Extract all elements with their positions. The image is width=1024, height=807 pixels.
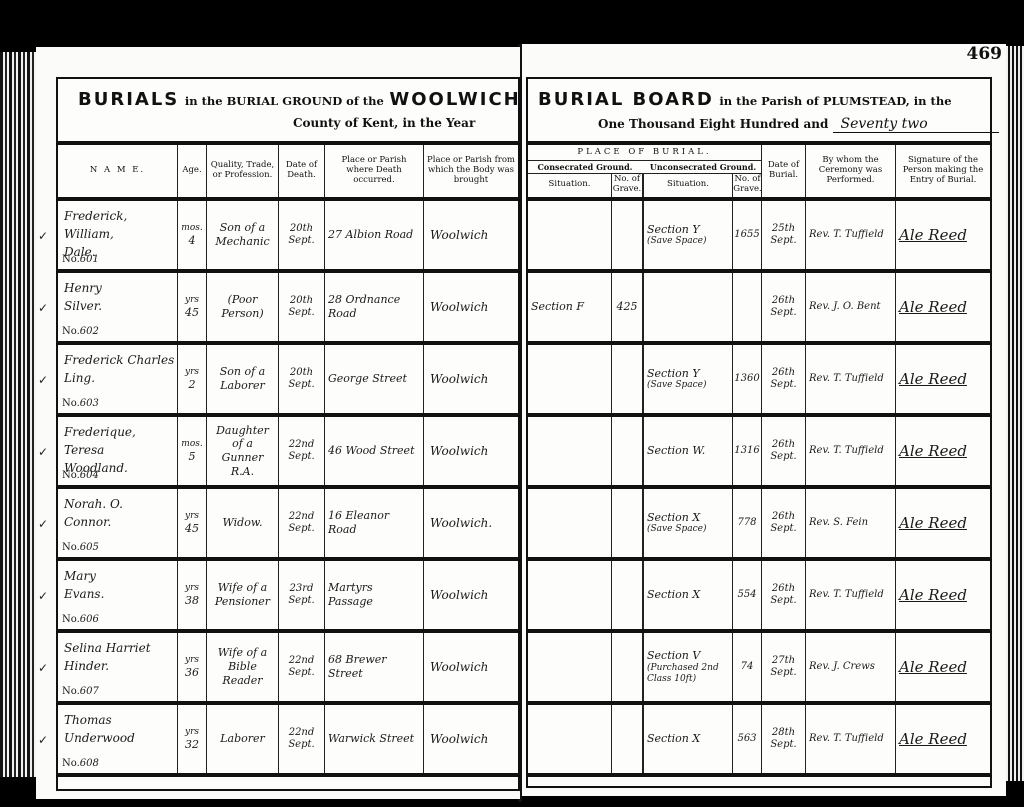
margin-tick-icon: ✓ (38, 373, 52, 387)
cell-signature: Ale Reed (896, 201, 990, 269)
table-row: ✓Frederique, TeresaWoodland.No.604mos.5D… (58, 417, 518, 489)
signature: Ale Reed (899, 658, 987, 677)
cell-signature: Ale Reed (896, 561, 990, 629)
cell-consecrated-situation (528, 417, 612, 485)
cell-consecrated-grave (612, 345, 644, 413)
cell-unconsecrated-situation: Section X(Save Space) (644, 489, 733, 557)
cell-unconsecrated-situation: Section Y(Save Space) (644, 345, 733, 413)
cell-place-of-death: 46 Wood Street (325, 417, 424, 485)
cell-date-of-burial: 28th Sept. (762, 705, 806, 773)
cell-age: yrs45 (178, 273, 207, 341)
cell-quality: Widow. (207, 489, 279, 557)
cell-consecrated-grave (612, 633, 644, 701)
age-value: 45 (185, 522, 199, 536)
table-row: Section X(Save Space)77826th Sept.Rev. S… (528, 489, 990, 561)
left-page: BURIALS in the BURIAL GROUND of the WOOL… (36, 47, 520, 799)
cell-place-of-death: Martyrs Passage (325, 561, 424, 629)
cell-brought-from: Woolwich (424, 561, 518, 629)
entry-no-prefix: No. (62, 398, 80, 409)
cell-date-of-burial: 26th Sept. (762, 561, 806, 629)
title-parish: in the Parish of PLUMSTEAD, in the (719, 94, 951, 108)
cell-signature: Ale Reed (896, 273, 990, 341)
cell-age: yrs2 (178, 345, 207, 413)
cell-date-of-burial: 27th Sept. (762, 633, 806, 701)
age-unit: yrs (185, 583, 199, 594)
cell-date-of-death: 22nd Sept. (279, 417, 325, 485)
left-column-headers: N A M E. Age. Quality, Trade, or Profess… (58, 145, 518, 197)
entry-no-value: 602 (80, 326, 99, 337)
cell-signature: Ale Reed (896, 705, 990, 773)
page-edges-left (0, 52, 36, 777)
place-of-burial-group: PLACE OF BURIAL. Consecrated Ground. Unc… (528, 145, 762, 197)
cell-unconsecrated-situation: Section X (644, 705, 733, 773)
cell-name: ThomasUnderwoodNo.608 (58, 705, 178, 773)
cell-unconsecrated-situation: Section W. (644, 417, 733, 485)
col-header-place-of-death: Place or Parish where Death occurred. (325, 145, 424, 197)
cell-date-of-death: 22nd Sept. (279, 633, 325, 701)
cell-place-of-death: 27 Albion Road (325, 201, 424, 269)
entry-no-prefix: No. (62, 254, 80, 265)
entry-number: No.606 (62, 614, 99, 627)
cell-unconsecrated-situation: Section Y(Save Space) (644, 201, 733, 269)
entry-number: No.601 (62, 254, 99, 267)
cell-unconsecrated-grave: 778 (733, 489, 762, 557)
situation-section: Section X (647, 732, 729, 746)
cell-name: Frederick, William,Dale.No.601 (58, 201, 178, 269)
situation-section: Section X (647, 511, 729, 525)
cell-brought-from: Woolwich (424, 201, 518, 269)
cell-quality: (Poor Person) (207, 273, 279, 341)
cell-date-of-burial: 26th Sept. (762, 489, 806, 557)
cell-consecrated-situation (528, 705, 612, 773)
right-title: BURIAL BOARD in the Parish of PLUMSTEAD,… (538, 89, 952, 110)
cell-name: Selina HarrietHinder.No.607 (58, 633, 178, 701)
age-unit: yrs (185, 655, 199, 666)
cell-ceremony-by: Rev. T. Tuffield (806, 417, 896, 485)
cell-date-of-death: 20th Sept. (279, 345, 325, 413)
name-text: Frederick CharlesLing. (64, 351, 174, 387)
cell-name: HenrySilver.No.602 (58, 273, 178, 341)
name-line2: Ling. (64, 369, 174, 387)
situation-section: Section X (647, 588, 729, 602)
unconsecrated-label: Unconsecrated Ground. (644, 162, 762, 172)
place-of-burial-label: PLACE OF BURIAL. (528, 147, 761, 157)
col-header-quality: Quality, Trade, or Profession. (207, 145, 279, 197)
age-unit: mos. (181, 439, 202, 450)
cell-unconsecrated-situation (644, 273, 733, 341)
cell-quality: Son of a Mechanic (207, 201, 279, 269)
cell-brought-from: Woolwich (424, 417, 518, 485)
year-prefix: One Thousand Eight Hundred and (598, 117, 828, 131)
divider (528, 160, 761, 161)
cell-unconsecrated-grave: 563 (733, 705, 762, 773)
cell-unconsecrated-grave: 74 (733, 633, 762, 701)
entry-no-prefix: No. (62, 758, 80, 769)
margin-tick-icon: ✓ (38, 589, 52, 603)
cell-quality: Son of a Laborer (207, 345, 279, 413)
cell-date-of-death: 20th Sept. (279, 273, 325, 341)
cell-consecrated-situation (528, 561, 612, 629)
cell-signature: Ale Reed (896, 417, 990, 485)
entry-no-value: 604 (80, 470, 99, 481)
entry-no-prefix: No. (62, 326, 80, 337)
table-row: Section F42526th Sept.Rev. J. O. BentAle… (528, 273, 990, 345)
name-text: ThomasUnderwood (64, 711, 135, 747)
age-value: 5 (189, 450, 196, 464)
right-page: 469 BURIAL BOARD in the Parish of PLUMST… (522, 44, 1006, 796)
col-header-signature: Signature of the Person making the Entry… (896, 145, 990, 197)
name-line2: Silver. (64, 297, 102, 315)
cell-ceremony-by: Rev. T. Tuffield (806, 561, 896, 629)
age-unit: yrs (185, 367, 199, 378)
age-value: 36 (185, 666, 199, 680)
cell-date-of-death: 20th Sept. (279, 201, 325, 269)
signature: Ale Reed (899, 514, 987, 533)
cell-date-of-burial: 26th Sept. (762, 417, 806, 485)
table-row: Section X55426th Sept.Rev. T. TuffieldAl… (528, 561, 990, 633)
cell-name: Norah. O.Connor.No.605 (58, 489, 178, 557)
cell-date-of-burial: 26th Sept. (762, 273, 806, 341)
situation-note: (Purchased 2nd Class 10ft) (647, 663, 729, 686)
name-line2: Underwood (64, 729, 135, 747)
cell-consecrated-situation: Section F (528, 273, 612, 341)
title-burial-board: BURIAL BOARD (538, 89, 714, 110)
cell-name: Frederique, TeresaWoodland.No.604 (58, 417, 178, 485)
cell-ceremony-by: Rev. T. Tuffield (806, 345, 896, 413)
margin-tick-icon: ✓ (38, 733, 52, 747)
cell-brought-from: Woolwich (424, 273, 518, 341)
name-text: Norah. O.Connor. (64, 495, 123, 531)
cell-brought-from: Woolwich. (424, 489, 518, 557)
cell-signature: Ale Reed (896, 489, 990, 557)
page-number: 469 (967, 44, 1003, 64)
name-line1: Norah. O. (64, 495, 123, 513)
table-row: Section X56328th Sept.Rev. T. TuffieldAl… (528, 705, 990, 777)
situation-note: (Save Space) (647, 236, 729, 247)
left-title-block: BURIALS in the BURIAL GROUND of the WOOL… (58, 79, 518, 141)
cell-date-of-death: 22nd Sept. (279, 705, 325, 773)
title-phrase: in the BURIAL GROUND of the (185, 94, 384, 108)
age-unit: yrs (185, 727, 199, 738)
col-header-date-of-death: Date of Death. (279, 145, 325, 197)
cell-consecrated-grave (612, 201, 644, 269)
signature: Ale Reed (899, 226, 987, 245)
entry-number: No.605 (62, 542, 99, 555)
age-value: 2 (189, 378, 196, 392)
situation-section: Section Y (647, 367, 729, 381)
cell-brought-from: Woolwich (424, 633, 518, 701)
right-title-block: BURIAL BOARD in the Parish of PLUMSTEAD,… (528, 79, 990, 141)
cell-quality: Wife of a Pensioner (207, 561, 279, 629)
cell-signature: Ale Reed (896, 633, 990, 701)
cell-quality: Daughter of a Gunner R.A. (207, 417, 279, 485)
page-edges-right (1006, 46, 1024, 781)
margin-tick-icon: ✓ (38, 445, 52, 459)
table-row: Section Y(Save Space)165525th Sept.Rev. … (528, 201, 990, 273)
margin-tick-icon: ✓ (38, 229, 52, 243)
cell-brought-from: Woolwich (424, 345, 518, 413)
entry-number: No.604 (62, 470, 99, 483)
cell-place-of-death: 28 Ordnance Road (325, 273, 424, 341)
year-handwritten: Seventy two (833, 116, 999, 133)
cell-place-of-death: 68 Brewer Street (325, 633, 424, 701)
cell-date-of-burial: 25th Sept. (762, 201, 806, 269)
cell-unconsecrated-situation: Section V(Purchased 2nd Class 10ft) (644, 633, 733, 701)
age-value: 45 (185, 306, 199, 320)
entry-no-prefix: No. (62, 614, 80, 625)
cell-age: yrs45 (178, 489, 207, 557)
cell-age: mos.4 (178, 201, 207, 269)
col-header-unconsecrated-grave: No. of Grave. (733, 173, 762, 197)
cell-unconsecrated-situation: Section X (644, 561, 733, 629)
right-column-headers: PLACE OF BURIAL. Consecrated Ground. Unc… (528, 145, 990, 197)
table-row: ✓Frederick CharlesLing.No.603yrs2Son of … (58, 345, 518, 417)
name-line1: Frederick Charles (64, 351, 174, 369)
table-row: ✓MaryEvans.No.606yrs38Wife of a Pensione… (58, 561, 518, 633)
cell-consecrated-grave (612, 489, 644, 557)
table-row: ✓HenrySilver.No.602yrs45(Poor Person)20t… (58, 273, 518, 345)
col-header-consecrated-situation: Situation. (528, 173, 612, 197)
col-header-ceremony: By whom the Ceremony was Performed. (806, 145, 896, 197)
cell-name: Frederick CharlesLing.No.603 (58, 345, 178, 413)
title-burials: BURIALS (78, 89, 179, 110)
left-page-frame: BURIALS in the BURIAL GROUND of the WOOL… (56, 77, 521, 791)
cell-age: mos.5 (178, 417, 207, 485)
entry-no-value: 607 (80, 686, 99, 697)
col-header-consecrated-grave: No. of Grave. (612, 173, 644, 197)
left-title: BURIALS in the BURIAL GROUND of the WOOL… (78, 89, 521, 110)
entry-number: No.602 (62, 326, 99, 339)
margin-tick-icon: ✓ (38, 301, 52, 315)
name-line1: Henry (64, 279, 102, 297)
col-header-age: Age. (178, 145, 207, 197)
name-text: MaryEvans. (64, 567, 104, 603)
cell-brought-from: Woolwich (424, 705, 518, 773)
name-line1: Thomas (64, 711, 135, 729)
situation-section: Section V (647, 649, 729, 663)
entry-no-value: 605 (80, 542, 99, 553)
name-line2: Evans. (64, 585, 104, 603)
name-line1: Selina Harriet (64, 639, 151, 657)
entry-number: No.608 (62, 758, 99, 771)
entry-no-prefix: No. (62, 686, 80, 697)
col-header-name: N A M E. (58, 145, 178, 197)
entry-no-prefix: No. (62, 542, 80, 553)
signature: Ale Reed (899, 370, 987, 389)
name-line2: Hinder. (64, 657, 151, 675)
name-line1: Frederique, Teresa (64, 423, 177, 459)
cell-name: MaryEvans.No.606 (58, 561, 178, 629)
table-row: ✓ThomasUnderwoodNo.608yrs32Laborer22nd S… (58, 705, 518, 777)
cell-consecrated-grave (612, 561, 644, 629)
cell-consecrated-situation (528, 633, 612, 701)
cell-ceremony-by: Rev. T. Tuffield (806, 705, 896, 773)
signature: Ale Reed (899, 730, 987, 749)
age-value: 38 (185, 594, 199, 608)
table-row: Section W.131626th Sept.Rev. T. Tuffield… (528, 417, 990, 489)
entry-no-value: 603 (80, 398, 99, 409)
name-line2: Connor. (64, 513, 123, 531)
entry-no-value: 606 (80, 614, 99, 625)
cell-consecrated-situation (528, 201, 612, 269)
cell-unconsecrated-grave: 554 (733, 561, 762, 629)
cell-unconsecrated-grave: 1360 (733, 345, 762, 413)
situation-note: (Save Space) (647, 524, 729, 535)
col-header-unconsecrated-situation: Situation. (644, 173, 733, 197)
cell-age: yrs32 (178, 705, 207, 773)
situation-section: Section Y (647, 223, 729, 237)
cell-consecrated-situation (528, 345, 612, 413)
margin-tick-icon: ✓ (38, 517, 52, 531)
age-unit: yrs (185, 511, 199, 522)
cell-ceremony-by: Rev. J. Crews (806, 633, 896, 701)
cell-quality: Laborer (207, 705, 279, 773)
name-line1: Frederick, William, (64, 207, 177, 243)
entry-no-prefix: No. (62, 470, 80, 481)
margin-tick-icon: ✓ (38, 661, 52, 675)
table-row: ✓Norah. O.Connor.No.605yrs45Widow.22nd S… (58, 489, 518, 561)
cell-unconsecrated-grave: 1655 (733, 201, 762, 269)
entry-number: No.603 (62, 398, 99, 411)
cell-consecrated-situation (528, 489, 612, 557)
entry-number: No.607 (62, 686, 99, 699)
table-row: Section Y(Save Space)136026th Sept.Rev. … (528, 345, 990, 417)
name-line1: Mary (64, 567, 104, 585)
cell-consecrated-grave: 425 (612, 273, 644, 341)
cell-unconsecrated-grave (733, 273, 762, 341)
cell-unconsecrated-grave: 1316 (733, 417, 762, 485)
cell-quality: Wife of a Bible Reader (207, 633, 279, 701)
col-header-date-of-burial: Date of Burial. (762, 145, 806, 197)
entry-no-value: 601 (80, 254, 99, 265)
age-value: 4 (189, 234, 196, 248)
situation-section: Section W. (647, 444, 729, 458)
right-subtitle: One Thousand Eight Hundred and Seventy t… (598, 116, 999, 133)
age-value: 32 (185, 738, 199, 752)
cell-ceremony-by: Rev. S. Fein (806, 489, 896, 557)
cell-date-of-death: 22nd Sept. (279, 489, 325, 557)
table-row: ✓Selina HarrietHinder.No.607yrs36Wife of… (58, 633, 518, 705)
entry-no-value: 608 (80, 758, 99, 769)
cell-date-of-death: 23rd Sept. (279, 561, 325, 629)
signature: Ale Reed (899, 298, 987, 317)
right-page-frame: BURIAL BOARD in the Parish of PLUMSTEAD,… (526, 77, 992, 788)
cell-signature: Ale Reed (896, 345, 990, 413)
cell-place-of-death: George Street (325, 345, 424, 413)
cell-date-of-burial: 26th Sept. (762, 345, 806, 413)
cell-consecrated-grave (612, 705, 644, 773)
cell-consecrated-grave (612, 417, 644, 485)
register-book: BURIALS in the BURIAL GROUND of the WOOL… (0, 22, 1024, 772)
name-text: Selina HarrietHinder. (64, 639, 151, 675)
left-subtitle: County of Kent, in the Year (293, 116, 475, 130)
title-woolwich: WOOLWICH (389, 89, 520, 110)
signature: Ale Reed (899, 442, 987, 461)
cell-ceremony-by: Rev. J. O. Bent (806, 273, 896, 341)
col-header-brought-from: Place or Parish from which the Body was … (424, 145, 518, 197)
cell-age: yrs38 (178, 561, 207, 629)
situation-note: (Save Space) (647, 380, 729, 391)
age-unit: yrs (185, 295, 199, 306)
consecrated-label: Consecrated Ground. (528, 162, 642, 172)
cell-ceremony-by: Rev. T. Tuffield (806, 201, 896, 269)
cell-age: yrs36 (178, 633, 207, 701)
table-row: ✓Frederick, William,Dale.No.601mos.4Son … (58, 201, 518, 273)
name-text: HenrySilver. (64, 279, 102, 315)
age-unit: mos. (181, 223, 202, 234)
cell-place-of-death: Warwick Street (325, 705, 424, 773)
cell-place-of-death: 16 Eleanor Road (325, 489, 424, 557)
table-row: Section V(Purchased 2nd Class 10ft)7427t… (528, 633, 990, 705)
signature: Ale Reed (899, 586, 987, 605)
